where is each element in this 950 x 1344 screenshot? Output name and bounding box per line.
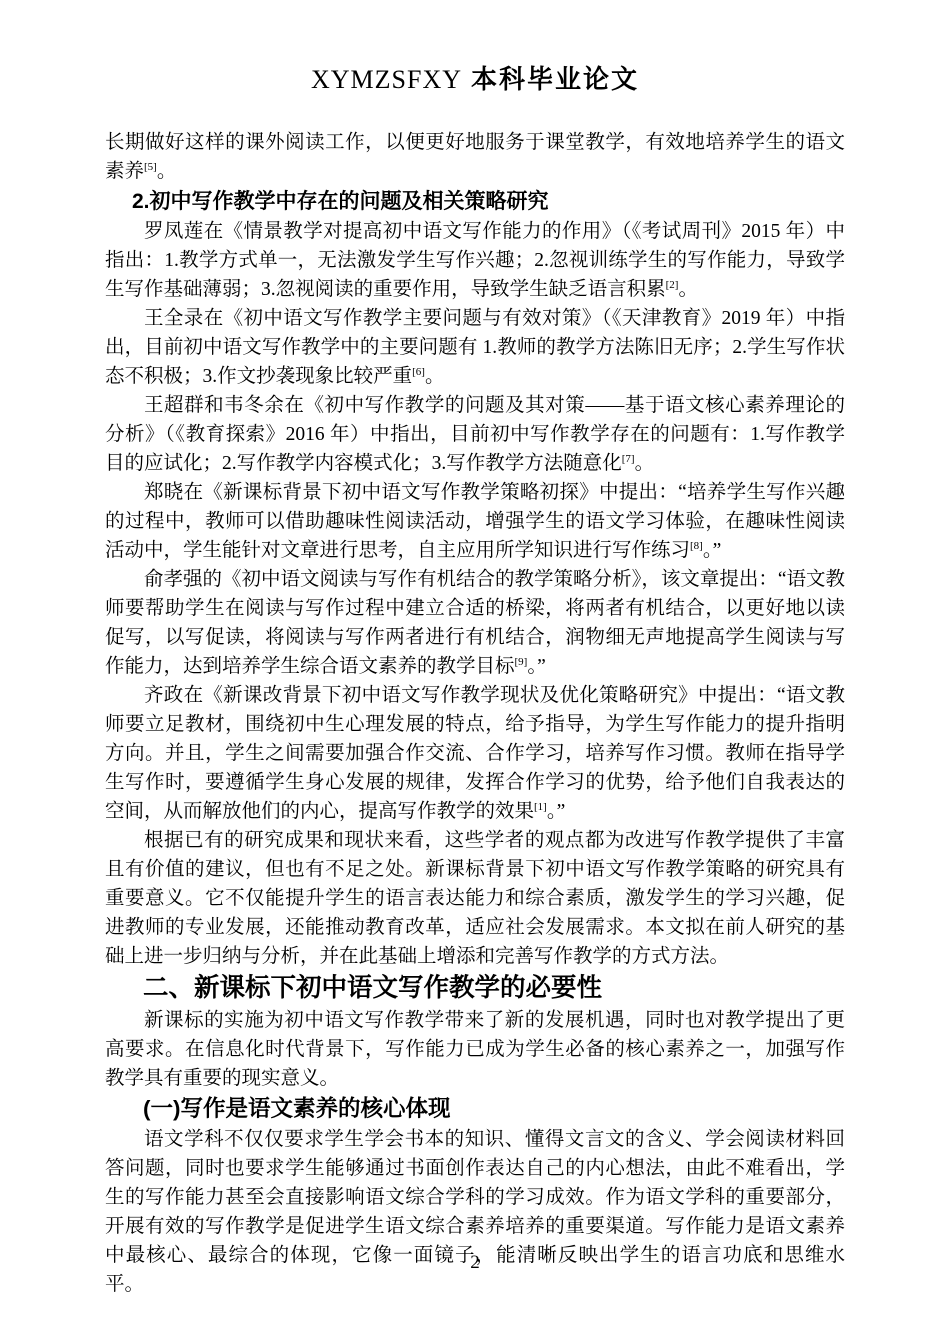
paragraph-wang-quanlu: 王全录在《初中语文写作教学主要问题与有效对策》（《天津教育》2019 年）中指出… [105,304,845,391]
paragraph-research-summary: 根据已有的研究成果和现状来看，这些学者的观点都为改进写作教学提供了丰富且有价值的… [105,826,845,971]
page-number: 2 [0,1252,950,1274]
paragraph-new-curriculum: 新课标的实施为初中语文写作教学带来了新的发展机遇，同时也对教学提出了更高要求。在… [105,1006,845,1093]
citation-marker: [8] [690,540,703,552]
header-doc-type: 本科毕业论文 [471,65,639,94]
heading-section-two-necessity: 二、新课标下初中语文写作教学的必要性 [105,971,845,1006]
citation-marker: [9] [515,656,528,668]
paragraph-continuation: 长期做好这样的课外阅读工作，以便更好地服务于课堂教学，有效地培养学生的语文素养[… [105,128,845,186]
citation-marker: [1] [534,801,547,813]
citation-marker: [2] [666,279,679,291]
citation-marker: [5] [144,161,157,173]
header-school-code: XYMZSFXY [311,65,462,94]
citation-marker: [7] [622,453,635,465]
document-body: 长期做好这样的课外阅读工作，以便更好地服务于课堂教学，有效地培养学生的语文素养[… [105,128,845,1299]
paragraph-qi-zheng: 齐政在《新课改背景下初中语文写作教学现状及优化策略研究》中提出：“语文教师要立足… [105,681,845,826]
heading-section-2-problems: 2.初中写作教学中存在的问题及相关策略研究 [105,186,845,217]
paragraph-yu-xiaoqiang: 俞孝强的《初中语文阅读与写作有机结合的教学策略分析》，该文章提出：“语文教师要帮… [105,565,845,681]
paragraph-luo-fenglian: 罗凤莲在《情景教学对提高初中语文写作能力的作用》（《考试周刊》2015 年）中指… [105,217,845,304]
citation-marker: [6] [412,366,425,378]
heading-subsection-one-core: (一)写作是语文素养的核心体现 [105,1093,845,1125]
document-page: XYMZSFXY本科毕业论文 长期做好这样的课外阅读工作，以便更好地服务于课堂教… [0,0,950,1344]
paragraph-zheng-xiao: 郑晓在《新课标背景下初中语文写作教学策略初探》中提出：“培养学生写作兴趣的过程中… [105,478,845,565]
paragraph-wang-chaoqun-wei-dongyu: 王超群和韦冬余在《初中写作教学的问题及其对策——基于语文核心素养理论的分析》（《… [105,391,845,478]
page-header: XYMZSFXY本科毕业论文 [0,62,950,98]
